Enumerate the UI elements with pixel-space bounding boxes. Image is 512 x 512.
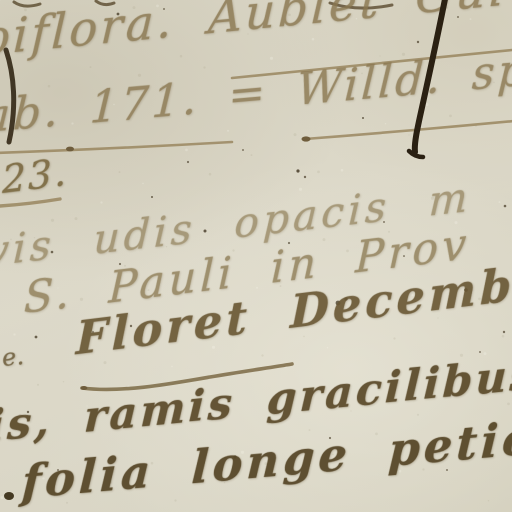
rule-under-species-line — [232, 50, 512, 78]
paper-texture — [0, 0, 512, 512]
handwritten-line-habitat: vis udis opacis m — [0, 172, 473, 276]
handwritten-line-description-1: is, ramis gracilibus, — [0, 347, 512, 452]
handwritten-line-locality: S. Pauli in Prov — [23, 219, 471, 324]
ink-specks — [27, 8, 507, 471]
dark-ink-layer — [0, 0, 512, 512]
rule-under-willd — [305, 121, 512, 139]
right-margin-stroke — [415, 0, 446, 152]
flourish-under-flowering — [82, 364, 292, 389]
handwritten-line-flowering-time: Floret Decembr — [76, 254, 512, 365]
paper-fiber-dots — [0, 0, 510, 504]
right-margin-stroke-foot — [409, 151, 423, 157]
left-margin-fragment: e. — [1, 342, 25, 372]
rule-end-blobs — [66, 136, 311, 390]
cut-off-line-fragments — [14, 1, 392, 8]
rule-under-tab-number — [0, 142, 232, 153]
left-margin-stroke — [6, 50, 14, 142]
entry-number: 23. — [2, 150, 69, 202]
ink-rules-layer — [0, 0, 512, 512]
underline-entry-number — [0, 199, 60, 206]
manuscript-page: oiflora. Aublet Gui ab. 171. = Willd. sp… — [0, 0, 512, 512]
handwritten-line-species-name: oiflora. Aublet Gui — [0, 0, 508, 67]
ink-blob-bottom-left — [4, 492, 14, 500]
handwritten-line-description-2: folia longe petiolis — [21, 405, 512, 510]
handwritten-line-reference: ab. 171. = Willd. sp — [0, 44, 512, 143]
